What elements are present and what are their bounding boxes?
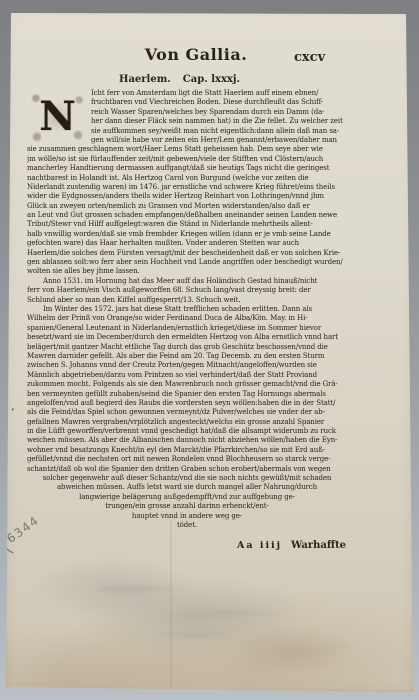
text-line: wolten sie alles bey jhme lassen. [27,267,347,276]
text-line: hauptet vnnd in andere weg ge- [27,512,347,521]
text-line: jm wölle/so ist sie fürlauffender zeit/m… [27,155,347,164]
text-line: abweichen müssen. Auffs letst ward sie d… [27,483,347,492]
text-line: halb vnwillig worden/daß sie vmb frembde… [27,230,347,239]
photograph-of-old-book-page: Von Gallia. cxcv Haerlem.Cap. lxxxj. N I… [0,0,419,700]
text-line: gen ablassen solt:wo ferr aber sein Hoch… [27,258,347,267]
text-line: Wilhelm der Prinß von Orange/so wider Fe… [27,314,347,323]
text-line: belägert/mit gantzer Macht ettliche Tag … [27,343,347,352]
text-line: Mawren darnider gefellt. Als aber die Fe… [27,352,347,361]
signature-mark: Aa iiij [237,540,282,551]
text-line: gefüllet/vnnd die nechsten ort mit newen… [27,455,347,464]
text-line: her dann dieser Fläck sein nammen hat) i… [91,117,347,126]
text-line: Tribut/Stewr vnd Hilff auffgelegt:waren … [27,220,347,229]
text-line: tödet. [27,521,347,530]
text-line: Männlich abgetrieben/darzu vom Printzen … [27,371,347,380]
text-line: als die Feind/das Spiel schon gewonnen v… [27,408,347,417]
chapter-heading: Haerlem.Cap. lxxxj. [119,74,240,85]
text-line: besetzt/ward sie im December/durch den e… [27,333,347,342]
text-line: angeloffen/vnd auß begierd des Raubs die… [27,399,347,408]
text-line: mancherley Handtierung dermassen auffgan… [27,164,347,173]
text-line: nachtbarest in Holandt ist. Als Hertzog … [27,174,347,183]
text-line: ferr von Haerlem/ein Visch außgeworffen … [27,286,347,295]
paper-crease [170,520,172,688]
text-line: ben vermeynten gefüllt zuhaben/seind die… [27,390,347,399]
drop-cap-initial: N [29,90,86,145]
text-line: schantzt/daß ob wol die Spanier den drit… [27,465,347,474]
show-through-smudge [60,575,360,645]
text-line: trungen/ein grosse anzahl darinn erhenck… [27,502,347,511]
text-line: gefochten ware) das Haar herhalten mußte… [27,239,347,248]
text-line: Schlund aber so man den Kiffel auffgespe… [27,296,347,305]
text-line: Glück an zweyen orten/nemlich zu Gransen… [27,202,347,211]
margin-annotation-mark: • [11,407,15,414]
text-line: solcher gegenwehr auß dieser Schantz/vnd… [27,474,347,483]
paper-sheet: Von Gallia. cxcv Haerlem.Cap. lxxxj. N I… [0,0,419,700]
text-line: zukommen mocht. Folgends als sie den Maw… [27,380,347,389]
chapter-place-name: Haerlem. [119,74,171,85]
text-line: Haerlem/die solches dem Fürsten versagt/… [27,249,347,258]
text-line: Niderlandt zustendig waren) im 1476. jar… [27,183,347,192]
text-line: in die Lüfft geworffen/verbrennt vnnd ge… [27,427,347,436]
text-line: sie zusammen geschlagnem wort/Haer Lems … [27,145,347,154]
text-line: an Leut vnd Gut grossen schaden empfange… [27,211,347,220]
text-line: langwierige belägerung außgedempfft/vnd … [27,493,347,502]
text-line: gen will/sie habe vor zeiten ein Herr/Le… [91,136,347,145]
text-line: Im Winter des 1572. jars hat diese Statt… [27,305,347,314]
text-line: sie auffkommen sey/weißt man nicht eigen… [91,127,347,136]
text-line: zwischen S. Johanns vnnd der Creutz Port… [27,361,347,370]
text-line: reich Wasser Sparen/welches bey Sparenda… [91,108,347,117]
chapter-number: Cap. lxxxj. [183,74,240,85]
text-line: wider die Eydgnossen/anders theils wider… [27,192,347,201]
text-line: Anno 1531. im Hornung hat das Meer auff … [27,277,347,286]
text-line: spanien/General Leutenant in Niderlanden… [27,324,347,333]
catchword: Warhaffte [291,540,346,551]
text-line: weichen müssen. Als aber die Albanischen… [27,436,347,445]
text-line: gefallnen Mawren vergraben/vrplötzlich a… [27,418,347,427]
body-text-block: N Icht ferr von Amsterdam ligt die Statt… [27,89,347,530]
folio-number: cxcv [294,50,325,65]
text-line: fruchtbaren vnd Viechreichen Boden. Dies… [91,98,347,107]
signature-line: Aa iiij Warhaffte [0,540,419,554]
text-line: Icht ferr von Amsterdam ligt die Statt H… [91,89,347,98]
text-line: wohner vnd besatzungs Knecht/in eyl den … [27,446,347,455]
running-title: Von Gallia. [116,45,276,64]
